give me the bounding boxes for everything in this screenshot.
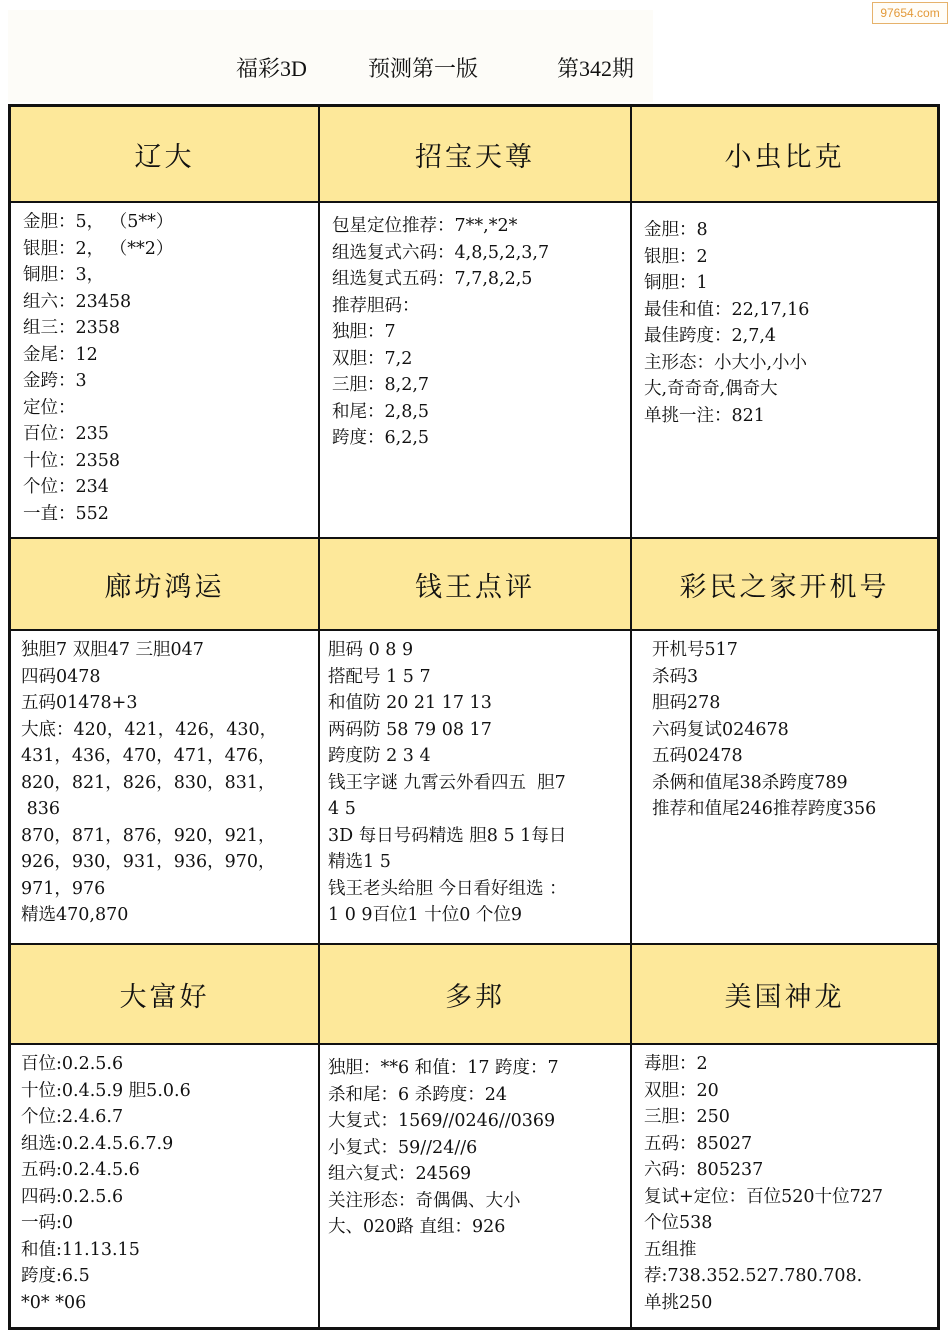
prediction-line: 大复式：1569//0246//0369 xyxy=(328,1108,620,1135)
prediction-line: 十位：2358 xyxy=(23,448,308,475)
prediction-line: 精选470,870 xyxy=(21,902,308,929)
prediction-line: 独胆：**6 和值：17 跨度：7 xyxy=(328,1055,620,1082)
prediction-line: 五码：85027 xyxy=(644,1131,927,1158)
prediction-line: 最佳跨度：2,7,4 xyxy=(644,323,927,350)
section-body-langfang: 独胆7 双胆47 三胆047四码0478五码01478+3大底：420，421，… xyxy=(11,631,320,945)
prediction-line: 六码：805237 xyxy=(644,1157,927,1184)
prediction-line: 870，871，876，920，921， xyxy=(21,823,308,850)
title-lottery-name: 福彩3D xyxy=(236,52,307,83)
prediction-line: 精选1 5 xyxy=(328,849,620,876)
prediction-line: 独胆：7 xyxy=(332,319,620,346)
prediction-line: 毒胆：2 xyxy=(644,1051,927,1078)
prediction-line: 双胆：7,2 xyxy=(332,346,620,373)
prediction-line: 开机号517 xyxy=(652,637,927,664)
prediction-line: 三胆：8,2,7 xyxy=(332,372,620,399)
prediction-line: 钱王字谜 九霄云外看四五 胆7 xyxy=(328,770,620,797)
prediction-line: 和值防 20 21 17 13 xyxy=(328,690,620,717)
prediction-line: 两码防 58 79 08 17 xyxy=(328,717,620,744)
section-body-qianwang: 胆码 0 8 9搭配号 1 5 7和值防 20 21 17 13两码防 58 7… xyxy=(320,631,632,945)
section-body-dafuhao: 百位:0.2.5.6十位:0.4.5.9 胆5.0.6个位:2.4.6.7组选:… xyxy=(11,1045,320,1327)
section-body-zhaobao: 包星定位推荐：7**,*2*组选复式六码：4,8,5,2,3,7组选复式五码：7… xyxy=(320,203,632,539)
prediction-line: 五码:0.2.4.5.6 xyxy=(21,1157,308,1184)
prediction-line: 跨度防 2 3 4 xyxy=(328,743,620,770)
prediction-line: 五组推 xyxy=(644,1237,927,1264)
prediction-line: 和尾：2,8,5 xyxy=(332,399,620,426)
prediction-line: 3D 每日号码精选 胆8 5 1每日 xyxy=(328,823,620,850)
prediction-line: 银胆：2， （**2） xyxy=(23,236,308,263)
prediction-line: 铜胆：1 xyxy=(644,270,927,297)
prediction-line: 四码:0.2.5.6 xyxy=(21,1184,308,1211)
title-issue: 第342期 xyxy=(557,52,634,83)
prediction-line: *0* *06 xyxy=(21,1290,308,1317)
prediction-line: 金尾：12 xyxy=(23,342,308,369)
prediction-line: 一直：552 xyxy=(23,501,308,528)
prediction-line: 组三：2358 xyxy=(23,315,308,342)
prediction-line: 四码0478 xyxy=(21,664,308,691)
prediction-line: 跨度:6.5 xyxy=(21,1263,308,1290)
section-body-caimin: 开机号517杀码3胆码278六码复试024678五码02478杀俩和值尾38杀跨… xyxy=(632,631,937,945)
prediction-line: 小复式：59//24//6 xyxy=(328,1135,620,1162)
section-header-xiaochong: 小虫比克 xyxy=(632,107,937,203)
prediction-line: 复试+定位：百位520十位727 xyxy=(644,1184,927,1211)
prediction-line: 关注形态：奇偶偶、大小 xyxy=(328,1188,620,1215)
prediction-line: 一码:0 xyxy=(21,1210,308,1237)
prediction-line: 金胆：5， （5**） xyxy=(23,209,308,236)
prediction-line: 金胆：8 xyxy=(644,217,927,244)
prediction-line: 组六：23458 xyxy=(23,289,308,316)
prediction-line: 杀码3 xyxy=(652,664,927,691)
prediction-line: 钱王老头给胆 今日看好组选 ： xyxy=(328,876,620,903)
section-body-duobang: 独胆：**6 和值：17 跨度：7杀和尾：6 杀跨度：24大复式：1569//0… xyxy=(320,1045,632,1327)
section-header-langfang: 廊坊鸿运 xyxy=(11,539,320,631)
prediction-line: 组选复式六码：4,8,5,2,3,7 xyxy=(332,240,620,267)
prediction-line: 431，436，470，471，476， xyxy=(21,743,308,770)
prediction-line: 最佳和值：22,17,16 xyxy=(644,297,927,324)
prediction-line: 个位:2.4.6.7 xyxy=(21,1104,308,1131)
prediction-line: 个位538 xyxy=(644,1210,927,1237)
prediction-line: 926，930，931，936，970， xyxy=(21,849,308,876)
prediction-line: 4 5 xyxy=(328,796,620,823)
prediction-line: 大,奇奇奇,偶奇大 xyxy=(644,376,927,403)
prediction-line: 百位:0.2.5.6 xyxy=(21,1051,308,1078)
prediction-line: 铜胆：3， xyxy=(23,262,308,289)
prediction-line: 三胆：250 xyxy=(644,1104,927,1131)
prediction-line: 百位：235 xyxy=(23,421,308,448)
prediction-line: 组选复式五码：7,7,8,2,5 xyxy=(332,266,620,293)
prediction-line: 搭配号 1 5 7 xyxy=(328,664,620,691)
title-edition: 预测第一版 xyxy=(368,52,478,83)
prediction-line: 杀和尾：6 杀跨度：24 xyxy=(328,1082,620,1109)
prediction-line: 大底：420，421，426，430， xyxy=(21,717,308,744)
section-header-dafuhao: 大富好 xyxy=(11,945,320,1045)
prediction-line: 五码01478+3 xyxy=(21,690,308,717)
prediction-line: 独胆7 双胆47 三胆047 xyxy=(21,637,308,664)
prediction-line: 五码02478 xyxy=(652,743,927,770)
section-header-liaoda: 辽大 xyxy=(11,107,320,203)
prediction-line: 主形态：小大小,小小 xyxy=(644,350,927,377)
watermark: 97654.com xyxy=(872,2,948,24)
prediction-line: 单挑250 xyxy=(644,1290,927,1317)
prediction-line: 820，821，826，830，831， xyxy=(21,770,308,797)
prediction-line: 和值:11.13.15 xyxy=(21,1237,308,1264)
prediction-line: 836 xyxy=(21,796,308,823)
prediction-line: 推荐胆码： xyxy=(332,293,620,320)
prediction-line: 荐:738.352.527.780.708. xyxy=(644,1263,927,1290)
prediction-line: 银胆：2 xyxy=(644,244,927,271)
prediction-line: 六码复试024678 xyxy=(652,717,927,744)
prediction-line: 1 0 9百位1 十位0 个位9 xyxy=(328,902,620,929)
prediction-line: 双胆：20 xyxy=(644,1078,927,1105)
prediction-line: 个位：234 xyxy=(23,474,308,501)
prediction-line: 971，976 xyxy=(21,876,308,903)
prediction-line: 大、020路 直组：926 xyxy=(328,1214,620,1241)
prediction-line: 定位： xyxy=(23,395,308,422)
prediction-line: 胆码 0 8 9 xyxy=(328,637,620,664)
prediction-line: 组选:0.2.4.5.6.7.9 xyxy=(21,1131,308,1158)
prediction-line: 十位:0.4.5.9 胆5.0.6 xyxy=(21,1078,308,1105)
prediction-line: 组六复式：24569 xyxy=(328,1161,620,1188)
prediction-line: 跨度：6,2,5 xyxy=(332,425,620,452)
section-header-meiguo: 美国神龙 xyxy=(632,945,937,1045)
prediction-line: 胆码278 xyxy=(652,690,927,717)
section-body-meiguo: 毒胆：2双胆：20三胆：250五码：85027六码：805237复试+定位：百位… xyxy=(632,1045,937,1327)
prediction-line: 金跨：3 xyxy=(23,368,308,395)
section-header-caimin: 彩民之家开机号 xyxy=(632,539,937,631)
section-header-duobang: 多邦 xyxy=(320,945,632,1045)
prediction-line: 推荐和值尾246推荐跨度356 xyxy=(652,796,927,823)
prediction-line: 杀俩和值尾38杀跨度789 xyxy=(652,770,927,797)
prediction-line: 包星定位推荐：7**,*2* xyxy=(332,213,620,240)
section-header-zhaobao: 招宝天尊 xyxy=(320,107,632,203)
prediction-line: 单挑一注：821 xyxy=(644,403,927,430)
section-body-xiaochong: 金胆：8银胆：2铜胆：1最佳和值：22,17,16最佳跨度：2,7,4主形态：小… xyxy=(632,203,937,539)
section-header-qianwang: 钱王点评 xyxy=(320,539,632,631)
prediction-grid: 辽大 招宝天尊 小虫比克 金胆：5， （5**）银胆：2， （**2）铜胆：3，… xyxy=(8,104,940,1330)
section-body-liaoda: 金胆：5， （5**）银胆：2， （**2）铜胆：3，组六：23458组三：23… xyxy=(11,203,320,539)
